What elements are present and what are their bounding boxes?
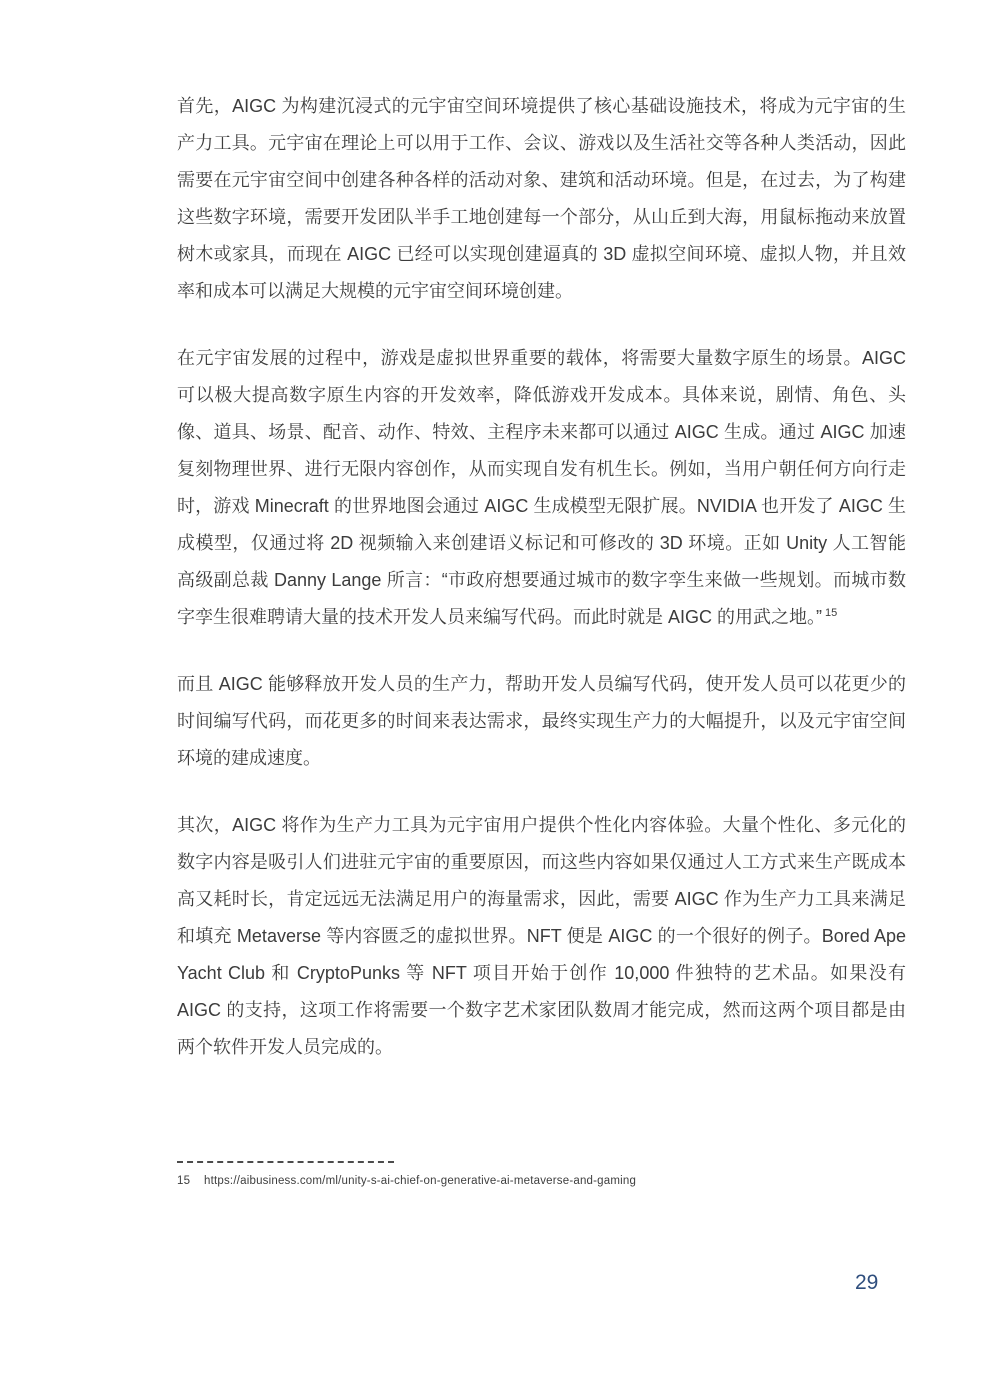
footnote-line: 15https://aibusiness.com/ml/unity-s-ai-c… (177, 1174, 777, 1188)
page-number: 29 (855, 1268, 878, 1298)
footnote: 15https://aibusiness.com/ml/unity-s-ai-c… (177, 1161, 777, 1188)
document-page: 首先，AIGC 为构建沉浸式的元宇宙空间环境提供了核心基础设施技术，将成为元宇宙… (0, 0, 1000, 1399)
paragraph-personalized-content: 其次，AIGC 将作为生产力工具为元宇宙用户提供个性化内容体验。大量个性化、多元… (177, 807, 906, 1066)
footnote-number: 15 (177, 1174, 204, 1188)
paragraph-metaverse-games: 在元宇宙发展的过程中，游戏是虚拟世界重要的载体，将需要大量数字原生的场景。AIG… (177, 340, 906, 636)
paragraph-metaverse-games-text: 在元宇宙发展的过程中，游戏是虚拟世界重要的载体，将需要大量数字原生的场景。AIG… (177, 348, 906, 627)
footnote-divider (177, 1161, 394, 1163)
paragraph-developer-productivity: 而且 AIGC 能够释放开发人员的生产力，帮助开发人员编写代码，使开发人员可以花… (177, 666, 906, 777)
footnote-url[interactable]: https://aibusiness.com/ml/unity-s-ai-chi… (204, 1175, 636, 1187)
footnote-reference-15: 15 (825, 607, 837, 619)
body-text: 首先，AIGC 为构建沉浸式的元宇宙空间环境提供了核心基础设施技术，将成为元宇宙… (177, 88, 906, 1096)
paragraph-aigc-infrastructure: 首先，AIGC 为构建沉浸式的元宇宙空间环境提供了核心基础设施技术，将成为元宇宙… (177, 88, 906, 310)
